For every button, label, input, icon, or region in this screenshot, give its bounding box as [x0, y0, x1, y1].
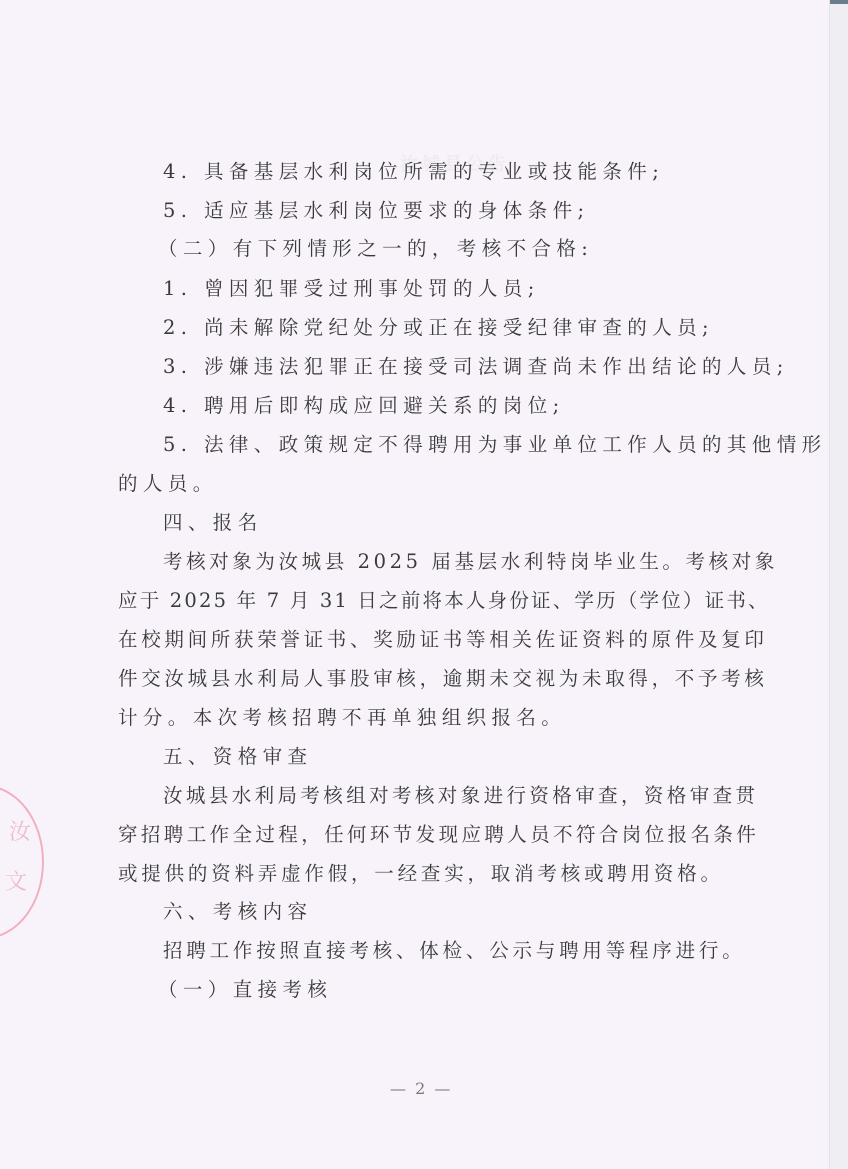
text-line: 5. 法律、政策规定不得聘用为事业单位工作人员的其他情形	[163, 433, 827, 457]
section-heading: 四、报名	[163, 511, 263, 535]
seal-char: 汝	[9, 815, 31, 846]
section-heading: 六、考核内容	[163, 900, 312, 924]
text-line: 计分。本次考核招聘不再单独组织报名。	[118, 706, 566, 730]
text-line: 4. 具备基层水利岗位所需的专业或技能条件;	[163, 160, 664, 184]
text-line: 应于 2025 年 7 月 31 日之前将本人身份证、学历（学位）证书、	[118, 589, 770, 613]
text-line: 3. 涉嫌违法犯罪正在接受司法调查尚未作出结论的人员;	[163, 355, 789, 379]
official-seal: 汝 文	[0, 785, 44, 939]
scan-edge	[829, 0, 848, 1169]
text-line: 5. 适应基层水利岗位要求的身体条件;	[163, 199, 589, 223]
subsection-heading: （二）有下列情形之一的，考核不合格:	[158, 237, 593, 261]
text-line: 4. 聘用后即构成应回避关系的岗位;	[163, 394, 565, 418]
seal-char: 文	[5, 865, 27, 896]
text-line: 汝城县水利局考核组对考核对象进行资格审查，资格审查贯	[163, 784, 758, 808]
page-number: — 2 —	[390, 1079, 452, 1098]
text-line: 的人员。	[118, 472, 218, 496]
section-heading: 五、资格审查	[163, 745, 312, 769]
text-line: 在校期间所获荣誉证书、奖励证书等相关佐证资料的原件及复印	[118, 628, 768, 652]
text-line: 1. 曾因犯罪受过刑事处罚的人员;	[163, 277, 540, 301]
text-line: 件交汝城县水利局人事股审核，逾期未交视为未取得，不予考核	[118, 667, 768, 691]
text-line: 2. 尚未解除党纪处分或正在接受纪律审查的人员;	[163, 316, 714, 340]
text-line: 或提供的资料弄虚作假，一经查实，取消考核或聘用资格。	[118, 862, 724, 886]
text-line: 穿招聘工作全过程，任何环节发现应聘人员不符合岗位报名条件	[118, 823, 759, 847]
subsection-heading: （一）直接考核	[158, 978, 332, 1002]
document-page: 汝城县公告 汝 文 4. 具备基层水利岗位所需的专业或技能条件; 5. 适应基层…	[0, 0, 830, 1169]
text-line: 考核对象为汝城县 2025 届基层水利特岗毕业生。考核对象	[163, 550, 778, 574]
text-line: 招聘工作按照直接考核、体检、公示与聘用等程序进行。	[163, 939, 746, 963]
scan-edge-mark	[830, 0, 848, 4]
